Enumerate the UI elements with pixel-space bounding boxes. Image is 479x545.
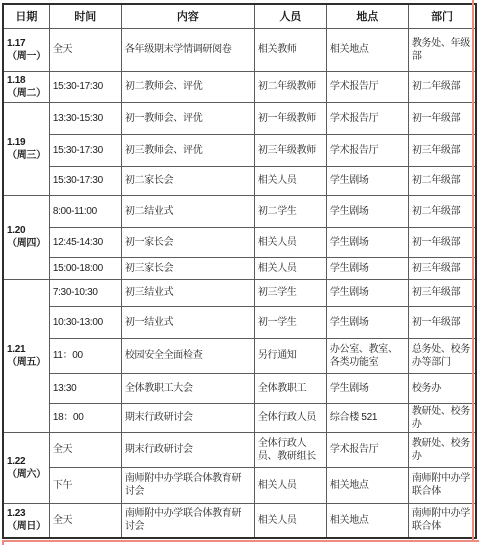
- time-cell: 下午: [49, 467, 121, 503]
- date-cell: 1.22（周六）: [3, 432, 49, 503]
- table-row: 1.18（周二）15:30-17:30初二教师会、评优初二年级教师学术报告厅初二…: [3, 71, 476, 102]
- schedule-page: 日期时间内容人员地点部门 1.17（周一）全天各年级期末学情调研阅卷相关教师相关…: [0, 0, 479, 545]
- location-cell: 综合楼 521: [326, 403, 408, 432]
- personnel-cell: 另行通知: [254, 338, 326, 373]
- location-cell: 学术报告厅: [326, 71, 408, 102]
- content-cell: 各年级期末学情调研阅卷: [121, 28, 254, 71]
- content-cell: 初三教师会、评优: [121, 134, 254, 166]
- department-cell: 校务办: [408, 373, 476, 403]
- location-cell: 学生剧场: [326, 257, 408, 279]
- content-cell: 初三家长会: [121, 257, 254, 279]
- content-cell: 南师附中办学联合体教育研讨会: [121, 467, 254, 503]
- content-cell: 期末行政研讨会: [121, 432, 254, 467]
- time-cell: 12:45-14:30: [49, 227, 121, 257]
- personnel-cell: 初三学生: [254, 279, 326, 306]
- table-row: 1.22（周六）全天期末行政研讨会全体行政人员、教研组长学术报告厅教研处、校务办: [3, 432, 476, 467]
- date-cell: 1.21（周五）: [3, 279, 49, 432]
- table-row: 18：00期末行政研讨会全体行政人员综合楼 521教研处、校务办: [3, 403, 476, 432]
- personnel-cell: 相关人员: [254, 467, 326, 503]
- personnel-cell: 全体行政人员、教研组长: [254, 432, 326, 467]
- time-cell: 13:30-15:30: [49, 102, 121, 134]
- table-row: 1.17（周一）全天各年级期末学情调研阅卷相关教师相关地点教务处、年级部: [3, 28, 476, 71]
- content-cell: 初一教师会、评优: [121, 102, 254, 134]
- time-cell: 18：00: [49, 403, 121, 432]
- department-cell: 初二年级部: [408, 71, 476, 102]
- personnel-cell: 相关人员: [254, 227, 326, 257]
- department-cell: 教研处、校务办: [408, 432, 476, 467]
- personnel-cell: 相关人员: [254, 257, 326, 279]
- date-cell: 1.20（周四）: [3, 195, 49, 279]
- personnel-cell: 初一学生: [254, 306, 326, 338]
- table-row: 1.21（周五）7:30-10:30初三结业式初三学生学生剧场初三年级部: [3, 279, 476, 306]
- table-row: 15:00-18:00初三家长会相关人员学生剧场初三年级部: [3, 257, 476, 279]
- schedule-table-body: 1.17（周一）全天各年级期末学情调研阅卷相关教师相关地点教务处、年级部1.18…: [3, 28, 476, 538]
- table-row: 11：00校园安全全面检查另行通知办公室、教室、各类功能室总务处、校务办等部门: [3, 338, 476, 373]
- time-cell: 15:00-18:00: [49, 257, 121, 279]
- page-boundary-right-line: [472, 0, 474, 540]
- department-cell: 初三年级部: [408, 134, 476, 166]
- table-row: 1.20（周四）8:00-11:00初二结业式初二学生学生剧场初二年级部: [3, 195, 476, 227]
- time-cell: 10:30-13:00: [49, 306, 121, 338]
- time-cell: 全天: [49, 28, 121, 71]
- date-text: 1.23: [7, 507, 46, 520]
- location-cell: 学生剧场: [326, 306, 408, 338]
- weekday-text: （周二）: [7, 87, 46, 100]
- personnel-cell: 初二年级教师: [254, 71, 326, 102]
- time-cell: 15:30-17:30: [49, 166, 121, 195]
- time-cell: 7:30-10:30: [49, 279, 121, 306]
- personnel-cell: 相关教师: [254, 28, 326, 71]
- date-text: 1.20: [7, 224, 46, 237]
- location-cell: 学生剧场: [326, 195, 408, 227]
- time-cell: 11：00: [49, 338, 121, 373]
- weekday-text: （周五）: [7, 356, 46, 369]
- content-cell: 初一结业式: [121, 306, 254, 338]
- table-row: 15:30-17:30初二家长会相关人员学生剧场初二年级部: [3, 166, 476, 195]
- date-text: 1.18: [7, 74, 46, 87]
- date-cell: 1.17（周一）: [3, 28, 49, 71]
- date-text: 1.19: [7, 136, 46, 149]
- location-cell: 学术报告厅: [326, 102, 408, 134]
- department-cell: 初三年级部: [408, 257, 476, 279]
- schedule-table-header: 日期时间内容人员地点部门: [3, 4, 476, 28]
- schedule-table: 日期时间内容人员地点部门 1.17（周一）全天各年级期末学情调研阅卷相关教师相关…: [2, 3, 477, 539]
- location-cell: 学术报告厅: [326, 134, 408, 166]
- column-header: 地点: [326, 4, 408, 28]
- weekday-text: （周日）: [7, 520, 46, 533]
- personnel-cell: 全体教职工: [254, 373, 326, 403]
- content-cell: 初二家长会: [121, 166, 254, 195]
- weekday-text: （周六）: [7, 468, 46, 481]
- date-cell: 1.23（周日）: [3, 503, 49, 538]
- department-cell: 初一年级部: [408, 102, 476, 134]
- department-cell: 初一年级部: [408, 227, 476, 257]
- department-cell: 南师附中办学联合体: [408, 503, 476, 538]
- content-cell: 南师附中办学联合体教育研讨会: [121, 503, 254, 538]
- location-cell: 学生剧场: [326, 166, 408, 195]
- date-cell: 1.19（周三）: [3, 102, 49, 195]
- department-cell: 初二年级部: [408, 195, 476, 227]
- table-row: 1.19（周三）13:30-15:30初一教师会、评优初一年级教师学术报告厅初一…: [3, 102, 476, 134]
- personnel-cell: 初三年级教师: [254, 134, 326, 166]
- location-cell: 相关地点: [326, 28, 408, 71]
- location-cell: 学生剧场: [326, 227, 408, 257]
- table-row: 12:45-14:30初一家长会相关人员学生剧场初一年级部: [3, 227, 476, 257]
- personnel-cell: 全体行政人员: [254, 403, 326, 432]
- time-cell: 15:30-17:30: [49, 134, 121, 166]
- table-row: 10:30-13:00初一结业式初一学生学生剧场初一年级部: [3, 306, 476, 338]
- weekday-text: （周四）: [7, 237, 46, 250]
- location-cell: 相关地点: [326, 467, 408, 503]
- content-cell: 初一家长会: [121, 227, 254, 257]
- time-cell: 全天: [49, 503, 121, 538]
- department-cell: 南师附中办学联合体: [408, 467, 476, 503]
- table-row: 15:30-17:30初三教师会、评优初三年级教师学术报告厅初三年级部: [3, 134, 476, 166]
- time-cell: 15:30-17:30: [49, 71, 121, 102]
- header-row: 日期时间内容人员地点部门: [3, 4, 476, 28]
- content-cell: 期末行政研讨会: [121, 403, 254, 432]
- table-row: 13:30全体教职工大会全体教职工学生剧场校务办: [3, 373, 476, 403]
- department-cell: 初三年级部: [408, 279, 476, 306]
- location-cell: 学生剧场: [326, 279, 408, 306]
- personnel-cell: 初一年级教师: [254, 102, 326, 134]
- content-cell: 全体教职工大会: [121, 373, 254, 403]
- location-cell: 学生剧场: [326, 373, 408, 403]
- content-cell: 初二教师会、评优: [121, 71, 254, 102]
- time-cell: 全天: [49, 432, 121, 467]
- column-header: 部门: [408, 4, 476, 28]
- department-cell: 教务处、年级部: [408, 28, 476, 71]
- location-cell: 学术报告厅: [326, 432, 408, 467]
- date-cell: 1.18（周二）: [3, 71, 49, 102]
- content-cell: 校园安全全面检查: [121, 338, 254, 373]
- weekday-text: （周一）: [7, 50, 46, 63]
- page-boundary-bottom-line: [2, 540, 479, 542]
- date-text: 1.17: [7, 37, 46, 50]
- personnel-cell: 相关人员: [254, 166, 326, 195]
- time-cell: 8:00-11:00: [49, 195, 121, 227]
- page-boundary-left-corner: [2, 540, 4, 545]
- date-text: 1.22: [7, 455, 46, 468]
- column-header: 人员: [254, 4, 326, 28]
- table-row: 下午南师附中办学联合体教育研讨会相关人员相关地点南师附中办学联合体: [3, 467, 476, 503]
- personnel-cell: 初二学生: [254, 195, 326, 227]
- content-cell: 初二结业式: [121, 195, 254, 227]
- location-cell: 办公室、教室、各类功能室: [326, 338, 408, 373]
- column-header: 时间: [49, 4, 121, 28]
- content-cell: 初三结业式: [121, 279, 254, 306]
- personnel-cell: 相关人员: [254, 503, 326, 538]
- column-header: 日期: [3, 4, 49, 28]
- date-text: 1.21: [7, 343, 46, 356]
- time-cell: 13:30: [49, 373, 121, 403]
- department-cell: 初一年级部: [408, 306, 476, 338]
- department-cell: 教研处、校务办: [408, 403, 476, 432]
- location-cell: 相关地点: [326, 503, 408, 538]
- weekday-text: （周三）: [7, 149, 46, 162]
- department-cell: 初二年级部: [408, 166, 476, 195]
- department-cell: 总务处、校务办等部门: [408, 338, 476, 373]
- table-row: 1.23（周日）全天南师附中办学联合体教育研讨会相关人员相关地点南师附中办学联合…: [3, 503, 476, 538]
- column-header: 内容: [121, 4, 254, 28]
